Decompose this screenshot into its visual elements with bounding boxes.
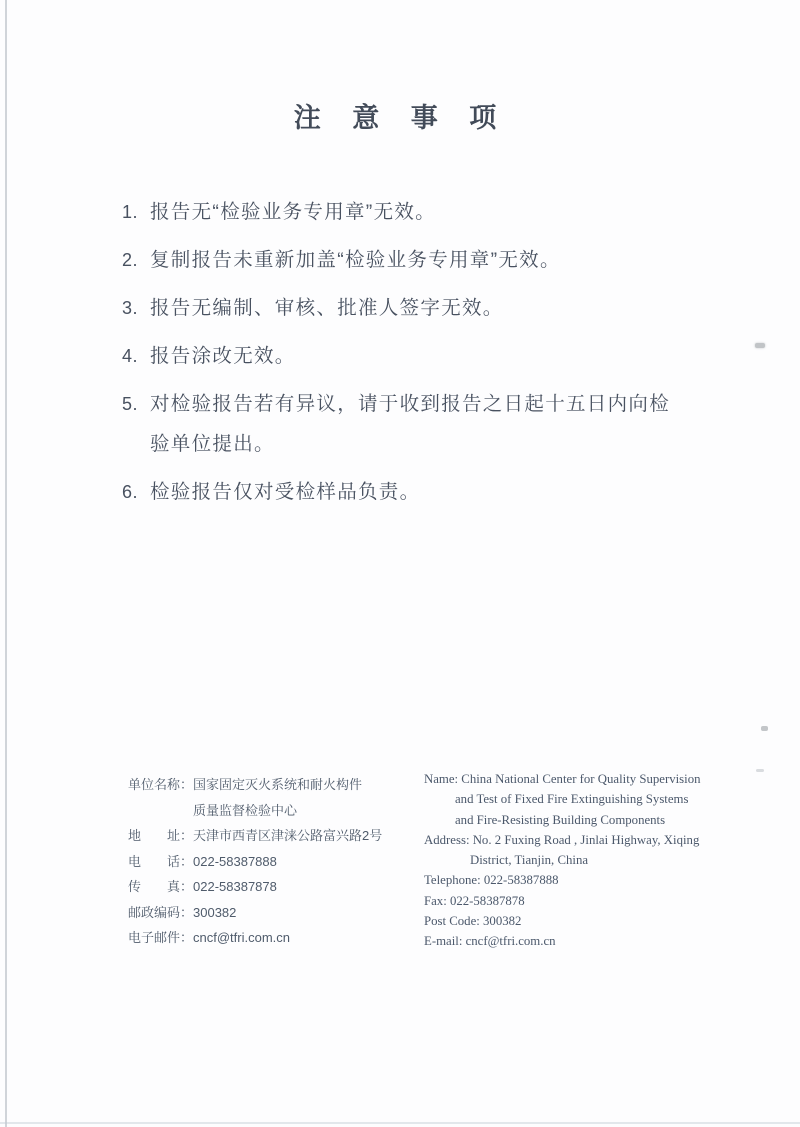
notice-item: 6. 检验报告仅对受检样品负责。 [122,472,800,512]
notice-item: 1. 报告无“检验业务专用章”无效。 [122,192,800,232]
footer-contact-chinese: 单位名称： 国家固定灭火系统和耐火构件 质量监督检验中心 地 址： 天津市西青区… [128,772,428,951]
notice-item: 5. 对检验报告若有异议，请于收到报告之日起十五日内向检验单位提出。 [122,384,800,464]
footer-label: 电子邮件： [128,925,193,951]
footer-row-unit-name: 单位名称： 国家固定灭火系统和耐火构件 质量监督检验中心 [128,772,428,823]
notice-item: 3. 报告无编制、审核、批准人签字无效。 [122,288,800,328]
footer-label: 地 址： [128,823,193,849]
footer-row-fax: 传 真： 022-58387878 [128,874,428,900]
footer-en-line-address: Address: No. 2 Fuxing Road , Jinlai High… [424,830,714,850]
scan-speck [756,769,764,772]
footer-row-telephone: 电 话： 022-58387888 [128,849,428,875]
footer-value-line2: 质量监督检验中心 [193,798,428,824]
footer-en-line-name-cont: and Test of Fixed Fire Extinguishing Sys… [424,789,714,809]
footer-value-wrap: 国家固定灭火系统和耐火构件 质量监督检验中心 [193,772,428,823]
item-number: 1. [122,192,150,232]
footer-value: 022-58387888 [193,849,428,875]
item-text: 对检验报告若有异议，请于收到报告之日起十五日内向检验单位提出。 [150,384,672,464]
footer-value: 天津市西青区津涞公路富兴路2号 [193,823,428,849]
footer-value-wrap: 天津市西青区津涞公路富兴路2号 [193,823,428,849]
notice-list: 1. 报告无“检验业务专用章”无效。 2. 复制报告未重新加盖“检验业务专用章”… [122,192,800,512]
notice-item: 2. 复制报告未重新加盖“检验业务专用章”无效。 [122,240,800,280]
item-number: 6. [122,472,150,512]
item-text: 报告无编制、审核、批准人签字无效。 [150,288,672,328]
item-number: 4. [122,336,150,376]
page-title: 注 意 事 项 [0,98,800,138]
footer-value-wrap: 022-58387888 [193,849,428,875]
footer-label: 传 真： [128,874,193,900]
footer-en-line-name: Name: China National Center for Quality … [424,769,714,789]
item-number: 2. [122,240,150,280]
scan-speck [761,726,768,731]
footer-en-line-name-cont: and Fire-Resisting Building Components [424,810,714,830]
footer-value-wrap: cncf@tfri.com.cn [193,925,428,951]
footer-contact-english: Name: China National Center for Quality … [424,769,714,952]
footer-value: cncf@tfri.com.cn [193,925,428,951]
item-text: 复制报告未重新加盖“检验业务专用章”无效。 [150,240,672,280]
footer-row-address: 地 址： 天津市西青区津涞公路富兴路2号 [128,823,428,849]
footer-label: 电 话： [128,849,193,875]
footer-row-postcode: 邮政编码： 300382 [128,900,428,926]
item-number: 5. [122,384,150,464]
footer-en-line-fax: Fax: 022-58387878 [424,891,714,911]
footer-en-line-email: E-mail: cncf@tfri.com.cn [424,931,714,951]
scanned-document-page: 注 意 事 项 1. 报告无“检验业务专用章”无效。 2. 复制报告未重新加盖“… [0,0,800,1127]
notice-item: 4. 报告涂改无效。 [122,336,800,376]
footer-label: 邮政编码： [128,900,193,926]
item-text: 报告涂改无效。 [150,336,672,376]
scan-speck [755,343,765,348]
item-number: 3. [122,288,150,328]
item-text: 报告无“检验业务专用章”无效。 [150,192,672,232]
footer-row-email: 电子邮件： cncf@tfri.com.cn [128,925,428,951]
footer-en-line-telephone: Telephone: 022-58387888 [424,870,714,890]
footer-en-line-postcode: Post Code: 300382 [424,911,714,931]
footer-label: 单位名称： [128,772,193,823]
scan-edge-bottom [0,1122,800,1124]
footer-value-wrap: 300382 [193,900,428,926]
footer-value-wrap: 022-58387878 [193,874,428,900]
item-text: 检验报告仅对受检样品负责。 [150,472,672,512]
footer-value: 国家固定灭火系统和耐火构件 [193,772,428,798]
footer-value: 300382 [193,900,428,926]
scan-edge-left [5,0,7,1127]
footer-en-line-address-cont: District, Tianjin, China [424,850,714,870]
footer-value: 022-58387878 [193,874,428,900]
